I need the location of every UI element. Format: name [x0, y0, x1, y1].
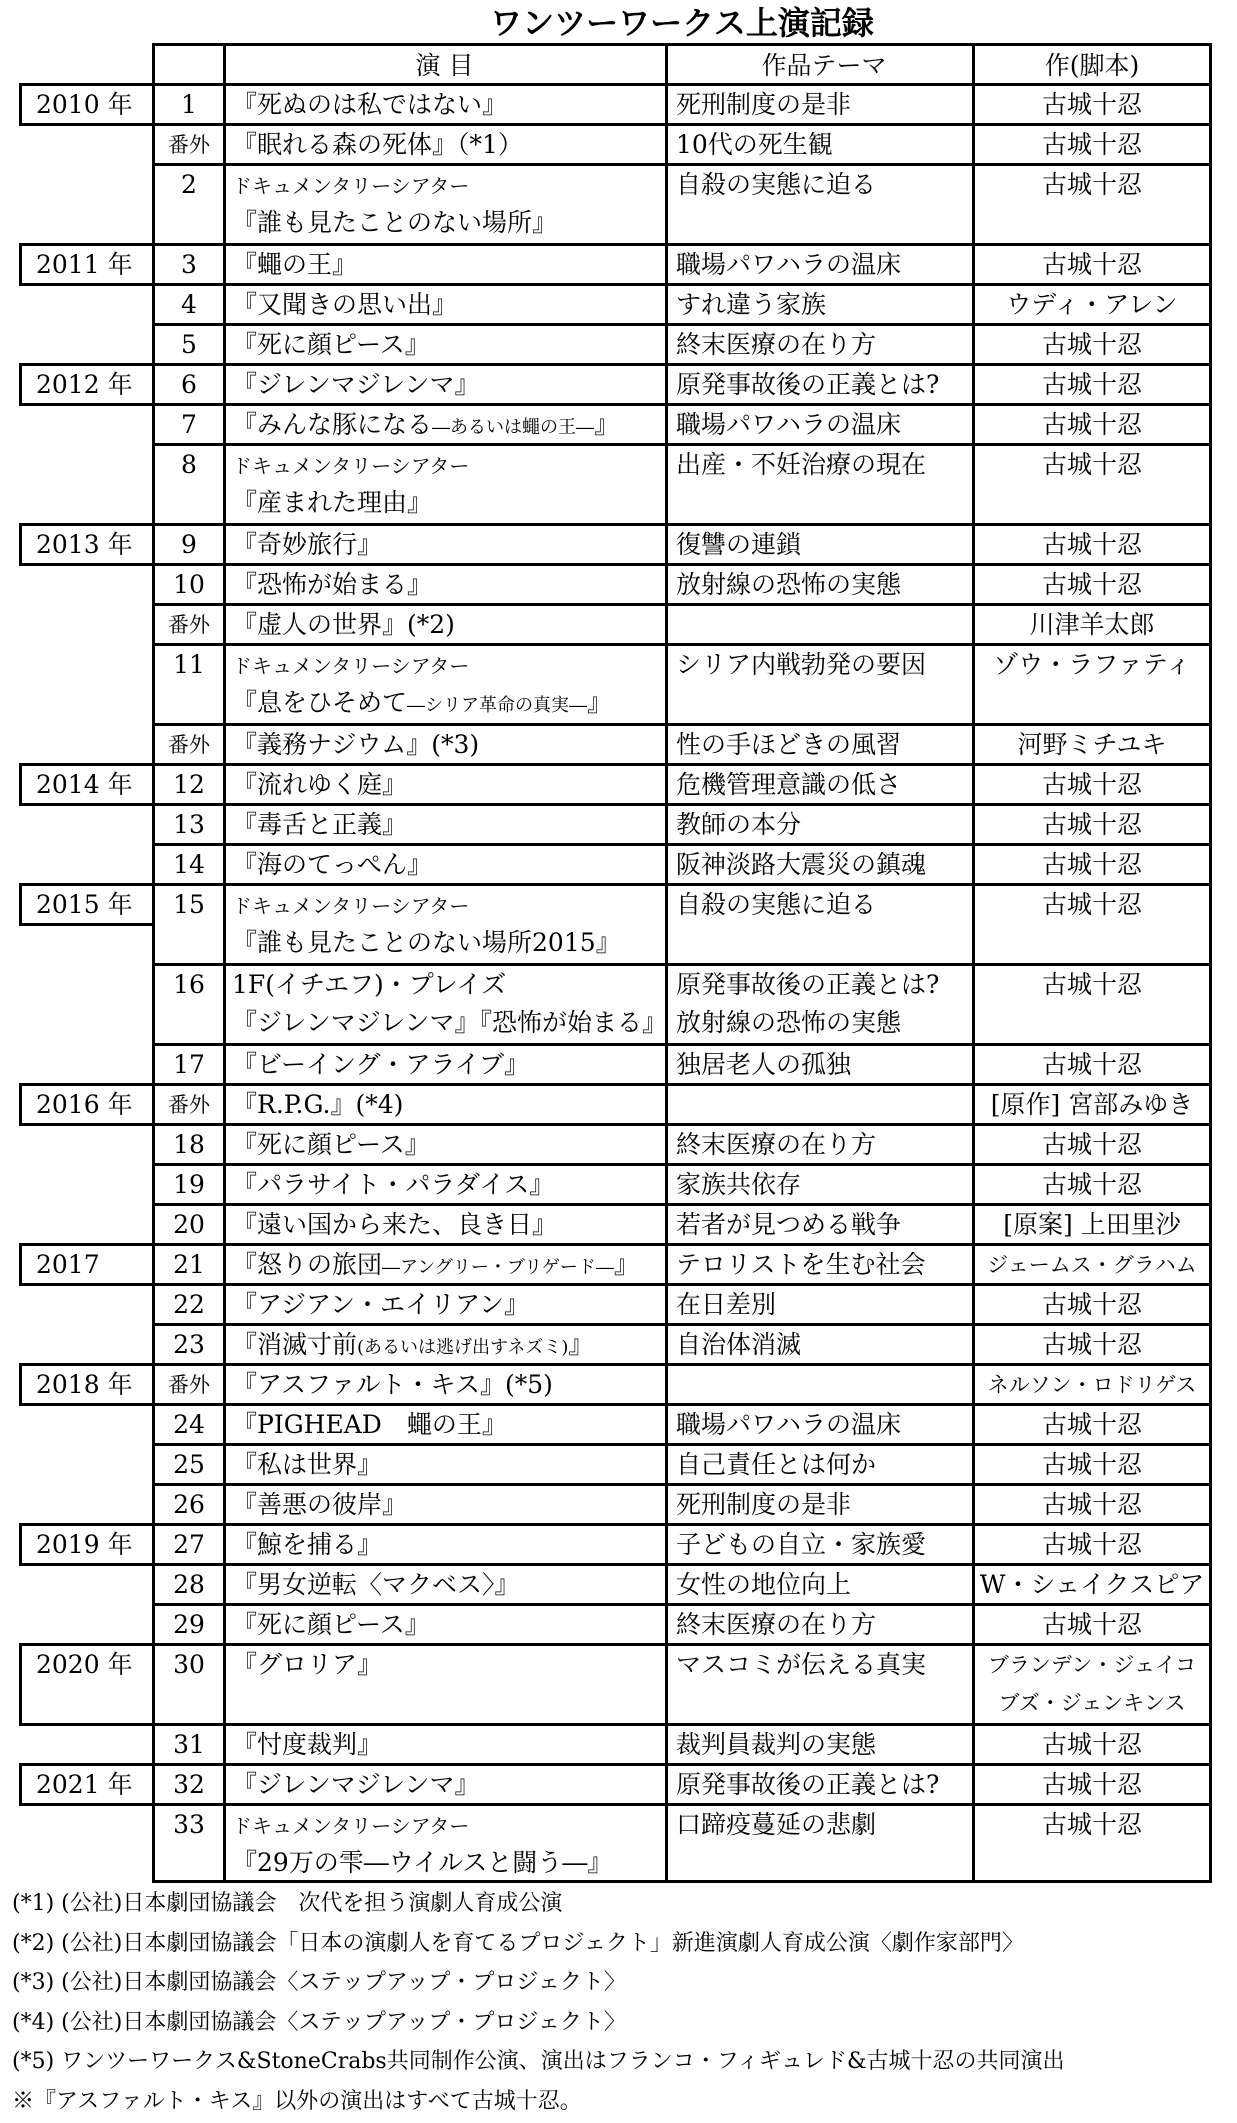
- table-row: 2010 年1『死ぬのは私ではない』死刑制度の是非古城十忍: [19, 83, 1212, 123]
- title-line: 『アスファルト・キス』(*5): [232, 1366, 665, 1404]
- number-cell: 18: [152, 1123, 226, 1163]
- year-cell: [19, 1443, 152, 1483]
- performance-number: 33: [155, 1806, 223, 1844]
- title-line: ドキュメンタリーシアター: [232, 886, 665, 924]
- author-line: 古城十忍: [975, 86, 1209, 124]
- author-line: 古城十忍: [975, 1326, 1209, 1364]
- theme-line: 放射線の恐怖の実態: [676, 1004, 972, 1042]
- title-line: 『海のてっぺん』: [232, 846, 665, 884]
- author-line: 古城十忍: [975, 966, 1209, 1004]
- performance-number: 22: [155, 1286, 223, 1324]
- table-row: 2020 年30『グロリア』マスコミが伝える真実ブランデン・ジェイコブズ・ジェン…: [19, 1643, 1212, 1723]
- year-cell: [19, 163, 152, 243]
- theme-line: 職場パワハラの温床: [676, 406, 972, 444]
- title-segment: 『R.P.G.』(*4): [232, 1090, 403, 1119]
- author-cell: 古城十忍: [975, 1523, 1212, 1563]
- title-segment: 『蠅の王』: [232, 250, 357, 279]
- theme-cell: 若者が見つめる戦争: [668, 1203, 975, 1243]
- table-row: 26『善悪の彼岸』死刑制度の是非古城十忍: [19, 1483, 1212, 1523]
- title-segment: 『流れゆく庭』: [232, 770, 407, 799]
- theme-cell: 教師の本分: [668, 803, 975, 843]
- theme-line: 教師の本分: [676, 806, 972, 844]
- table-row: 2018 年番外『アスファルト・キス』(*5)ネルソン・ロドリゲス: [19, 1363, 1212, 1403]
- year-cell: 2013 年: [19, 523, 152, 563]
- number-cell: 21: [152, 1243, 226, 1283]
- number-cell: 32: [152, 1763, 226, 1803]
- theme-line: 自殺の実態に迫る: [676, 166, 972, 204]
- year-label: 2013 年: [19, 523, 152, 566]
- title-segment: 』: [568, 1330, 593, 1359]
- author-cell: 古城十忍: [975, 843, 1212, 883]
- title-line: 『毒舌と正義』: [232, 806, 665, 844]
- title-line: ドキュメンタリーシアター: [232, 1806, 665, 1844]
- year-cell: 2017: [19, 1243, 152, 1283]
- year-cell: [19, 843, 152, 883]
- theme-line: 終末医療の在り方: [676, 1126, 972, 1164]
- title-line: 『R.P.G.』(*4): [232, 1086, 665, 1124]
- number-cell: 11: [152, 643, 226, 723]
- number-cell: 31: [152, 1723, 226, 1763]
- performance-number: 11: [155, 646, 223, 684]
- theme-cell: 性の手ほどきの風習: [668, 723, 975, 763]
- theme-cell: 原発事故後の正義とは?: [668, 363, 975, 403]
- author-line: 古城十忍: [975, 446, 1209, 484]
- title-cell: ドキュメンタリーシアター『息をひそめて―シリア革命の真実―』: [226, 643, 668, 723]
- title-line: 『死に顔ピース』: [232, 1606, 665, 1644]
- year-cell: 2011 年: [19, 243, 152, 283]
- number-cell: 番外: [152, 1363, 226, 1403]
- number-cell: 2: [152, 163, 226, 243]
- title-line: 『誰も見たことのない場所』: [232, 204, 665, 242]
- theme-cell: 危機管理意識の低さ: [668, 763, 975, 803]
- author-line: 古城十忍: [975, 846, 1209, 884]
- number-cell: 33: [152, 1803, 226, 1883]
- theme-cell: マスコミが伝える真実: [668, 1643, 975, 1723]
- theme-line: 原発事故後の正義とは?: [676, 366, 972, 404]
- theme-cell: 出産・不妊治療の現在: [668, 443, 975, 523]
- title-segment: 『PIGHEAD 蠅の王』: [232, 1410, 507, 1439]
- table-row: 2016 年番外『R.P.G.』(*4)[原作] 宮部みゆき: [19, 1083, 1212, 1123]
- title-segment: 『私は世界』: [232, 1450, 382, 1479]
- theme-cell: 子どもの自立・家族愛: [668, 1523, 975, 1563]
- title-line: 『パラサイト・パラダイス』: [232, 1166, 665, 1204]
- theme-line: 独居老人の孤独: [676, 1046, 972, 1084]
- title-segment: 』: [587, 688, 612, 717]
- title-line: 『恐怖が始まる』: [232, 566, 665, 604]
- title-segment: 『恐怖が始まる』: [232, 570, 432, 599]
- theme-cell: 終末医療の在り方: [668, 1603, 975, 1643]
- author-line: 古城十忍: [975, 326, 1209, 364]
- year-cell: [19, 283, 152, 323]
- theme-cell: 在日差別: [668, 1283, 975, 1323]
- table-row: 33ドキュメンタリーシアター『29万の雫―ウイルスと闘う―』口蹄疫蔓延の悲劇古城…: [19, 1803, 1212, 1883]
- author-line: 古城十忍: [975, 566, 1209, 604]
- author-cell: ウディ・アレン: [975, 283, 1212, 323]
- number-cell: 15: [152, 883, 226, 963]
- title-segment: ドキュメンタリーシアター: [232, 654, 469, 678]
- table-row: 2019 年27『鯨を捕る』子どもの自立・家族愛古城十忍: [19, 1523, 1212, 1563]
- title-cell: 『眠れる森の死体』（*1）: [226, 123, 668, 163]
- title-cell: 『男女逆転〈マクベス〉』: [226, 1563, 668, 1603]
- year-cell: [19, 963, 152, 1043]
- theme-cell: テロリストを生む社会: [668, 1243, 975, 1283]
- author-cell: 古城十忍: [975, 443, 1212, 523]
- number-cell: 28: [152, 1563, 226, 1603]
- title-segment: 『みんな豚になる: [232, 410, 432, 439]
- title-segment: 『消滅寸前: [232, 1330, 357, 1359]
- number-cell: 14: [152, 843, 226, 883]
- performance-number: 18: [155, 1126, 223, 1164]
- table-row: 2011 年3『蠅の王』職場パワハラの温床古城十忍: [19, 243, 1212, 283]
- table-row: 22『アジアン・エイリアン』在日差別古城十忍: [19, 1283, 1212, 1323]
- table-row: 18『死に顔ピース』終末医療の在り方古城十忍: [19, 1123, 1212, 1163]
- year-cell: [19, 1403, 152, 1443]
- title-cell: 『グロリア』: [226, 1643, 668, 1723]
- theme-line: 危機管理意識の低さ: [676, 766, 972, 804]
- theme-line: 職場パワハラの温床: [676, 1406, 972, 1444]
- author-line: 古城十忍: [975, 1046, 1209, 1084]
- title-line: 『眠れる森の死体』（*1）: [232, 126, 665, 164]
- title-cell: 『消滅寸前(あるいは逃げ出すネズミ)』: [226, 1323, 668, 1363]
- title-line: ドキュメンタリーシアター: [232, 646, 665, 684]
- title-line: 『息をひそめて―シリア革命の真実―』: [232, 684, 665, 722]
- title-line: 『怒りの旅団―アングリー・ブリゲード―』: [232, 1246, 665, 1284]
- theme-cell: [668, 1083, 975, 1123]
- title-line: 『鯨を捕る』: [232, 1526, 665, 1564]
- theme-line: 若者が見つめる戦争: [676, 1206, 972, 1244]
- number-cell: 24: [152, 1403, 226, 1443]
- author-cell: 河野ミチユキ: [975, 723, 1212, 763]
- number-cell: 3: [152, 243, 226, 283]
- performance-number: 19: [155, 1166, 223, 1204]
- table-row: 5『死に顔ピース』終末医療の在り方古城十忍: [19, 323, 1212, 363]
- author-line: 河野ミチユキ: [975, 726, 1209, 764]
- title-cell: 『善悪の彼岸』: [226, 1483, 668, 1523]
- title-segment: ―シリア革命の真実―: [407, 695, 587, 716]
- performance-number: 9: [155, 526, 223, 564]
- title-line: 『死に顔ピース』: [232, 326, 665, 364]
- theme-cell: 復讐の連鎖: [668, 523, 975, 563]
- table-row: 13『毒舌と正義』教師の本分古城十忍: [19, 803, 1212, 843]
- author-line: ブランデン・ジェイコ: [975, 1646, 1209, 1684]
- year-cell: [19, 1123, 152, 1163]
- table-row: 4『又聞きの思い出』すれ違う家族ウディ・アレン: [19, 283, 1212, 323]
- table-row: 番外『眠れる森の死体』（*1）10代の死生観古城十忍: [19, 123, 1212, 163]
- theme-line: 家族共依存: [676, 1166, 972, 1204]
- title-line: 『善悪の彼岸』: [232, 1486, 665, 1524]
- author-line: 古城十忍: [975, 1406, 1209, 1444]
- theme-cell: 自殺の実態に迫る: [668, 883, 975, 963]
- number-cell: 23: [152, 1323, 226, 1363]
- theme-line: マスコミが伝える真実: [676, 1646, 972, 1684]
- performance-number: 16: [155, 966, 223, 1004]
- title-cell: 『恐怖が始まる』: [226, 563, 668, 603]
- theme-line: 放射線の恐怖の実態: [676, 566, 972, 604]
- footnote-3: (*3) (公社)日本劇団協議会〈ステップアップ・プロジェクト〉: [12, 1963, 1065, 2003]
- performance-number: 24: [155, 1406, 223, 1444]
- title-cell: ドキュメンタリーシアター『産まれた理由』: [226, 443, 668, 523]
- title-cell: 『死ぬのは私ではない』: [226, 83, 668, 123]
- performance-number: 番外: [155, 1086, 223, 1124]
- performance-number: 番外: [155, 606, 223, 644]
- year-cell: 2019 年: [19, 1523, 152, 1563]
- theme-cell: 終末医療の在り方: [668, 1123, 975, 1163]
- table-row: 161F(イチエフ)・プレイズ『ジレンマジレンマ』『恐怖が始まる』原発事故後の正…: [19, 963, 1212, 1043]
- title-cell: 『私は世界』: [226, 1443, 668, 1483]
- title-cell: ドキュメンタリーシアター『29万の雫―ウイルスと闘う―』: [226, 1803, 668, 1883]
- theme-cell: 自治体消滅: [668, 1323, 975, 1363]
- title-segment: 『虚人の世界』(*2): [232, 610, 455, 639]
- performance-number: 25: [155, 1446, 223, 1484]
- author-line: 古城十忍: [975, 1806, 1209, 1844]
- title-cell: 1F(イチエフ)・プレイズ『ジレンマジレンマ』『恐怖が始まる』: [226, 963, 668, 1043]
- performance-number: 1: [155, 86, 223, 124]
- title-segment: (あるいは逃げ出すネズミ): [357, 1337, 568, 1358]
- performance-number: 10: [155, 566, 223, 604]
- number-cell: 8: [152, 443, 226, 523]
- title-cell: 『R.P.G.』(*4): [226, 1083, 668, 1123]
- performance-number: 6: [155, 366, 223, 404]
- theme-line: 原発事故後の正義とは?: [676, 966, 972, 1004]
- theme-cell: 自己責任とは何か: [668, 1443, 975, 1483]
- performance-number: 3: [155, 246, 223, 284]
- author-line: 古城十忍: [975, 886, 1209, 924]
- year-label: 2016 年: [19, 1083, 152, 1126]
- year-cell: 2010 年: [19, 83, 152, 123]
- year-cell: [19, 723, 152, 763]
- author-line: 古城十忍: [975, 1486, 1209, 1524]
- table-row: 2012 年6『ジレンマジレンマ』原発事故後の正義とは?古城十忍: [19, 363, 1212, 403]
- title-line: 『ジレンマジレンマ』: [232, 1766, 665, 1804]
- performance-number: 20: [155, 1206, 223, 1244]
- title-segment: 『又聞きの思い出』: [232, 290, 457, 319]
- title-cell: 『みんな豚になる―あるいは蠅の王―』: [226, 403, 668, 443]
- author-cell: 古城十忍: [975, 1603, 1212, 1643]
- performance-record-table: 演目 作品テーマ 作(脚本) 2010 年1『死ぬのは私ではない』死刑制度の是非…: [19, 43, 1212, 1883]
- table-row: 2013 年9『奇妙旅行』復讐の連鎖古城十忍: [19, 523, 1212, 563]
- theme-cell: 原発事故後の正義とは?: [668, 1763, 975, 1803]
- title-cell: 『ジレンマジレンマ』: [226, 363, 668, 403]
- theme-line: 原発事故後の正義とは?: [676, 1766, 972, 1804]
- year-cell: 2018 年: [19, 1363, 152, 1403]
- header-author: 作(脚本): [975, 43, 1212, 83]
- title-line: 『29万の雫―ウイルスと闘う―』: [232, 1844, 665, 1882]
- title-segment: 『息をひそめて: [232, 688, 407, 717]
- theme-cell: すれ違う家族: [668, 283, 975, 323]
- author-cell: 川津羊太郎: [975, 603, 1212, 643]
- number-cell: 6: [152, 363, 226, 403]
- title-cell: 『奇妙旅行』: [226, 523, 668, 563]
- year-label: 2012 年: [19, 363, 152, 406]
- title-cell: 『流れゆく庭』: [226, 763, 668, 803]
- author-cell: 古城十忍: [975, 363, 1212, 403]
- title-segment: 『義務ナジウム』(*3): [232, 730, 479, 759]
- year-cell: 2012 年: [19, 363, 152, 403]
- author-line: ジェームス・グラハム: [975, 1246, 1209, 1284]
- title-segment: 『アジアン・エイリアン』: [232, 1290, 529, 1319]
- author-cell: 古城十忍: [975, 163, 1212, 243]
- title-segment: 『ジレンマジレンマ』: [232, 370, 480, 399]
- title-line: 『遠い国から来た、良き日』: [232, 1206, 665, 1244]
- year-label: 2010 年: [19, 83, 152, 126]
- document-title: ワンツーワークス上演記録: [152, 4, 1212, 42]
- title-segment: 『眠れる森の死体』（*1）: [232, 130, 523, 159]
- author-cell: 古城十忍: [975, 1163, 1212, 1203]
- performance-number: 7: [155, 406, 223, 444]
- author-cell: 古城十忍: [975, 243, 1212, 283]
- title-cell: 『忖度裁判』: [226, 1723, 668, 1763]
- theme-cell: 終末医療の在り方: [668, 323, 975, 363]
- title-line: 『奇妙旅行』: [232, 526, 665, 564]
- number-cell: 番外: [152, 123, 226, 163]
- title-segment: ―あるいは蠅の王―: [432, 417, 594, 438]
- performance-number: 番外: [155, 126, 223, 164]
- table-row: 19『パラサイト・パラダイス』家族共依存古城十忍: [19, 1163, 1212, 1203]
- title-segment: 『死に顔ピース』: [232, 1130, 430, 1159]
- theme-cell: 家族共依存: [668, 1163, 975, 1203]
- title-segment: 『産まれた理由』: [232, 488, 432, 517]
- title-line: 『虚人の世界』(*2): [232, 606, 665, 644]
- performance-number: 13: [155, 806, 223, 844]
- table-row: 24『PIGHEAD 蠅の王』職場パワハラの温床古城十忍: [19, 1403, 1212, 1443]
- title-line: 『流れゆく庭』: [232, 766, 665, 804]
- author-line: 古城十忍: [975, 1606, 1209, 1644]
- title-line: 『死に顔ピース』: [232, 1126, 665, 1164]
- author-line: 古城十忍: [975, 1726, 1209, 1764]
- title-cell: 『ビーイング・アライブ』: [226, 1043, 668, 1083]
- performance-number: 5: [155, 326, 223, 364]
- year-label: 2011 年: [19, 243, 152, 286]
- theme-cell: 死刑制度の是非: [668, 1483, 975, 1523]
- title-line: 『又聞きの思い出』: [232, 286, 665, 324]
- author-line: 古城十忍: [975, 406, 1209, 444]
- author-cell: 古城十忍: [975, 1323, 1212, 1363]
- author-cell: 古城十忍: [975, 1283, 1212, 1323]
- year-cell: [19, 1283, 152, 1323]
- year-label: 2015 年: [19, 883, 152, 926]
- title-cell: 『ジレンマジレンマ』: [226, 1763, 668, 1803]
- title-cell: 『又聞きの思い出』: [226, 283, 668, 323]
- title-line: 『消滅寸前(あるいは逃げ出すネズミ)』: [232, 1326, 665, 1364]
- theme-cell: 女性の地位向上: [668, 1563, 975, 1603]
- title-line: 『私は世界』: [232, 1446, 665, 1484]
- title-line: 『グロリア』: [232, 1646, 665, 1684]
- author-line: 古城十忍: [975, 246, 1209, 284]
- title-cell: 『毒舌と正義』: [226, 803, 668, 843]
- number-cell: 29: [152, 1603, 226, 1643]
- table-row: 25『私は世界』自己責任とは何か古城十忍: [19, 1443, 1212, 1483]
- theme-line: 女性の地位向上: [676, 1566, 972, 1604]
- author-cell: 古城十忍: [975, 1123, 1212, 1163]
- title-segment: ドキュメンタリーシアター: [232, 174, 469, 198]
- author-cell: 古城十忍: [975, 1483, 1212, 1523]
- year-label: 2014 年: [19, 763, 152, 806]
- title-segment: ドキュメンタリーシアター: [232, 454, 469, 478]
- year-cell: [19, 1483, 152, 1523]
- author-line: 古城十忍: [975, 1126, 1209, 1164]
- title-segment: 『ジレンマジレンマ』『恐怖が始まる』: [232, 1008, 667, 1037]
- title-segment: 『ジレンマジレンマ』: [232, 1770, 480, 1799]
- title-line: 1F(イチエフ)・プレイズ: [232, 966, 665, 1004]
- theme-line: すれ違う家族: [676, 286, 972, 324]
- author-line: 古城十忍: [975, 1766, 1209, 1804]
- table-row: 11ドキュメンタリーシアター『息をひそめて―シリア革命の真実―』シリア内戦勃発の…: [19, 643, 1212, 723]
- author-cell: [原作] 宮部みゆき: [975, 1083, 1212, 1123]
- number-cell: 1: [152, 83, 226, 123]
- author-cell: 古城十忍: [975, 763, 1212, 803]
- author-cell: 古城十忍: [975, 323, 1212, 363]
- performance-number: 2: [155, 166, 223, 204]
- number-cell: 5: [152, 323, 226, 363]
- performance-number: 15: [155, 886, 223, 924]
- table-row: 29『死に顔ピース』終末医療の在り方古城十忍: [19, 1603, 1212, 1643]
- author-cell: 古城十忍: [975, 83, 1212, 123]
- title-line: 『ジレンマジレンマ』: [232, 366, 665, 404]
- title-segment: 『毒舌と正義』: [232, 810, 407, 839]
- author-cell: W・シェイクスピア: [975, 1563, 1212, 1603]
- number-cell: 16: [152, 963, 226, 1043]
- author-cell: [原案] 上田里沙: [975, 1203, 1212, 1243]
- number-cell: 4: [152, 283, 226, 323]
- table-row: 14『海のてっぺん』阪神淡路大震災の鎮魂古城十忍: [19, 843, 1212, 883]
- performance-number: 番外: [155, 1366, 223, 1404]
- theme-line: 出産・不妊治療の現在: [676, 446, 972, 484]
- title-line: 『忖度裁判』: [232, 1726, 665, 1764]
- author-cell: 古城十忍: [975, 403, 1212, 443]
- theme-line: 死刑制度の是非: [676, 1486, 972, 1524]
- header-title: 演目: [226, 43, 668, 83]
- performance-number: 番外: [155, 726, 223, 764]
- title-segment: 『アスファルト・キス』(*5): [232, 1370, 553, 1399]
- theme-line: 職場パワハラの温床: [676, 246, 972, 284]
- year-cell: [19, 643, 152, 723]
- year-cell: [19, 123, 152, 163]
- title-line: ドキュメンタリーシアター: [232, 166, 665, 204]
- performance-number: 27: [155, 1526, 223, 1564]
- performance-number: 30: [155, 1646, 223, 1684]
- number-cell: 30: [152, 1643, 226, 1723]
- title-segment: 『忖度裁判』: [232, 1730, 382, 1759]
- title-line: 『アジアン・エイリアン』: [232, 1286, 665, 1324]
- performance-number: 29: [155, 1606, 223, 1644]
- number-cell: 26: [152, 1483, 226, 1523]
- author-cell: 古城十忍: [975, 1043, 1212, 1083]
- table-row: 2021 年32『ジレンマジレンマ』原発事故後の正義とは?古城十忍: [19, 1763, 1212, 1803]
- theme-line: 自治体消滅: [676, 1326, 972, 1364]
- title-cell: 『海のてっぺん』: [226, 843, 668, 883]
- title-segment: 『死ぬのは私ではない』: [232, 90, 507, 119]
- number-cell: 10: [152, 563, 226, 603]
- year-cell: [19, 603, 152, 643]
- title-line: 『ビーイング・アライブ』: [232, 1046, 665, 1084]
- theme-cell: 原発事故後の正義とは?放射線の恐怖の実態: [668, 963, 975, 1043]
- year-cell: [19, 1603, 152, 1643]
- title-cell: 『義務ナジウム』(*3): [226, 723, 668, 763]
- theme-line: 裁判員裁判の実態: [676, 1726, 972, 1764]
- table-row: 番外『義務ナジウム』(*3)性の手ほどきの風習河野ミチユキ: [19, 723, 1212, 763]
- author-cell: 古城十忍: [975, 1403, 1212, 1443]
- footnote-1: (*1) (公社)日本劇団協議会 次代を担う演劇人育成公演: [12, 1884, 1065, 1924]
- title-cell: 『鯨を捕る』: [226, 1523, 668, 1563]
- author-cell: 古城十忍: [975, 123, 1212, 163]
- author-line: ゾウ・ラファティ: [975, 646, 1209, 684]
- author-cell: 古城十忍: [975, 1723, 1212, 1763]
- title-line: 『男女逆転〈マクベス〉』: [232, 1566, 665, 1604]
- table-header-row: 演目 作品テーマ 作(脚本): [19, 43, 1212, 83]
- number-cell: 17: [152, 1043, 226, 1083]
- theme-cell: シリア内戦勃発の要因: [668, 643, 975, 723]
- author-line: ネルソン・ロドリゲス: [975, 1366, 1209, 1404]
